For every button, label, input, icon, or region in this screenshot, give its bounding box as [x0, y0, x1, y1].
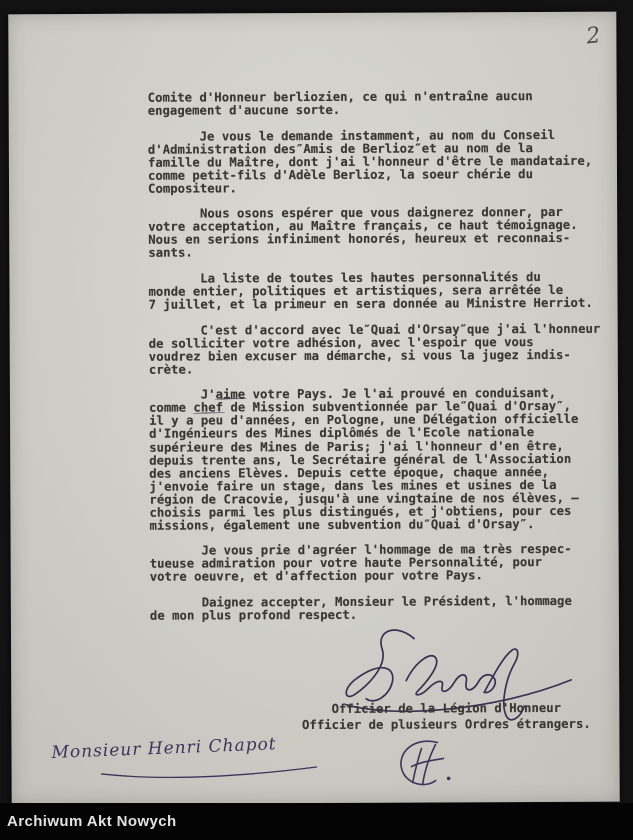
credentials-block: Officier de la Légion d'Honneur Officier… [301, 701, 591, 733]
document-page: 2 Comite d'Honneur berliozien, ce qui n'… [8, 12, 619, 805]
watermark-bar: Archiwum Akt Nowych [0, 803, 633, 840]
letter-paragraph: C'est d'accord avec le″Quai d'Orsay″que … [149, 322, 609, 376]
letter-text: Comite d'Honneur berliozien, ce qui n'en… [148, 90, 610, 636]
archive-scan-background: 2 Comite d'Honneur berliozien, ce qui n'… [0, 0, 633, 840]
letter-paragraph: Je vous prie d'agréer l'hommage de ma tr… [150, 543, 610, 584]
letter-paragraph: J'aime votre Pays. Je l'ai prouvé en con… [149, 387, 610, 533]
letter-paragraph: Je vous le demande instamment, au nom du… [148, 128, 608, 195]
watermark-text: Archiwum Akt Nowych [0, 813, 177, 830]
handwritten-recipient-note: Monsieur Henri Chapot [51, 732, 332, 763]
monogram-initial-icon [393, 736, 463, 791]
letter-paragraph: Daignez accepter, Monsieur le Président,… [150, 595, 610, 623]
letter-paragraph: Comite d'Honneur berliozien, ce qui n'en… [148, 90, 608, 118]
letter-paragraph: Nous osons espérer que vous daignerez do… [148, 206, 608, 260]
credential-line: Officier de plusieurs Ordres étrangers. [301, 716, 591, 733]
handwritten-page-number: 2 [585, 23, 602, 49]
handwritten-underline-flourish [72, 765, 322, 784]
letter-paragraph: La liste de toutes les hautes personnali… [148, 271, 608, 312]
credential-line: Officier de la Légion d'Honneur [301, 701, 591, 718]
